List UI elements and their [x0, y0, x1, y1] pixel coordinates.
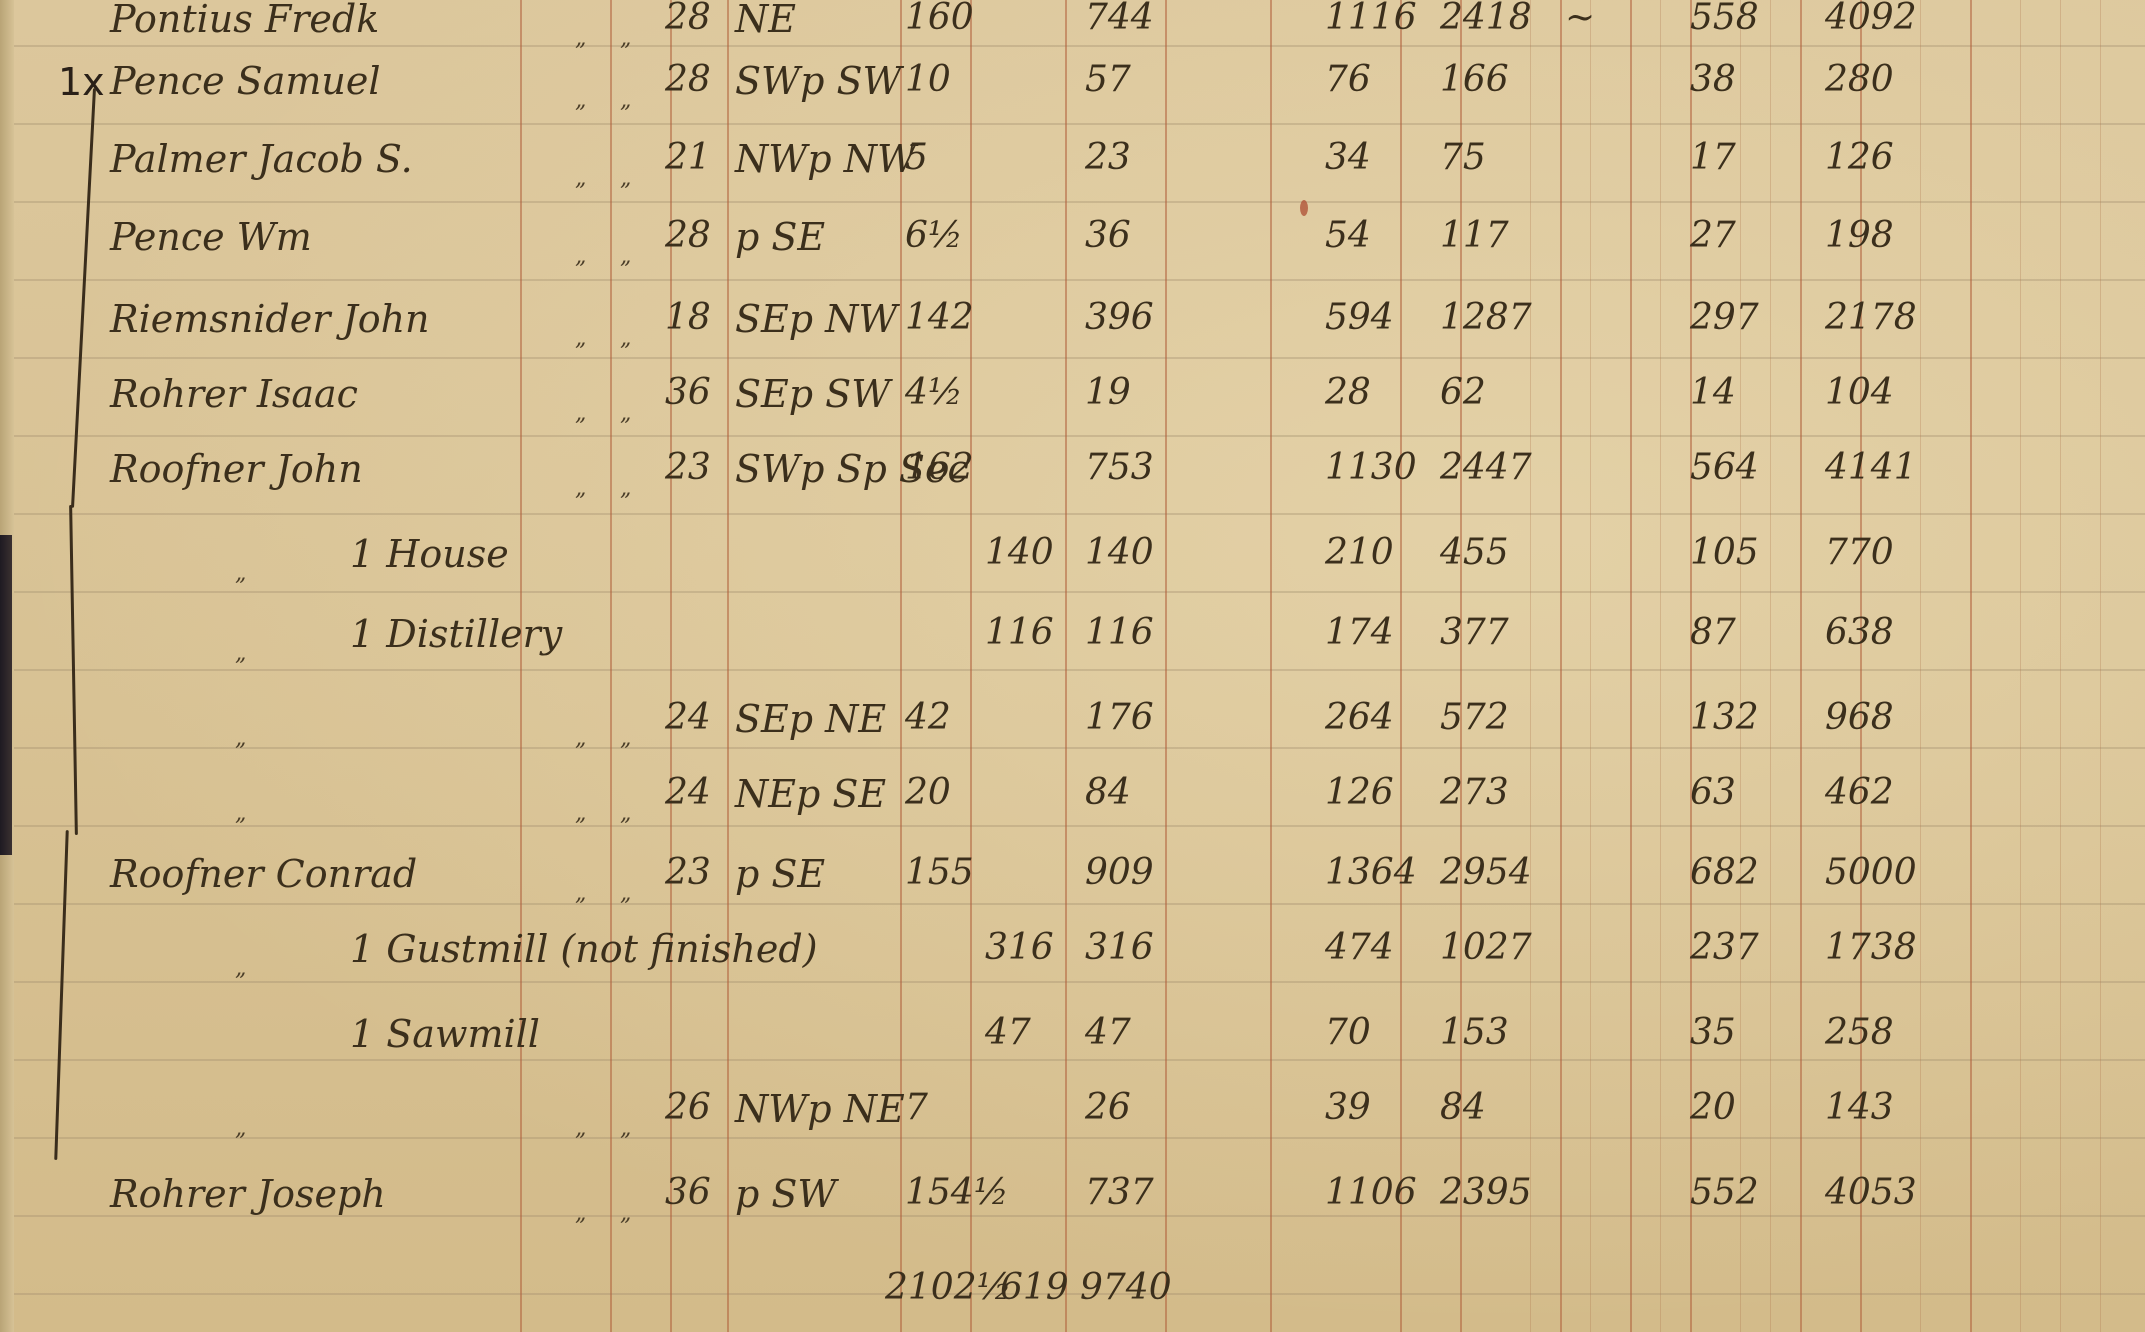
- ruled-line: [14, 591, 2145, 593]
- ruled-line: [14, 123, 2145, 125]
- tax-column-2: 166: [1440, 62, 1509, 98]
- tax-column-2: 572: [1440, 700, 1509, 736]
- tax-column-2: 62: [1440, 375, 1486, 411]
- ruled-line: [14, 747, 2145, 749]
- ditto-mark: „: [575, 90, 586, 112]
- tax-column-2: 2418: [1440, 0, 1532, 36]
- section-number: 28: [665, 218, 711, 254]
- column-rule: [2100, 0, 2101, 1332]
- taxpayer-name: Pence Samuel: [110, 62, 381, 100]
- assessed-value: 753: [1085, 450, 1154, 486]
- tax-column-5: 2178: [1825, 300, 1917, 336]
- tax-column-5: 770: [1825, 535, 1894, 571]
- ditto-mark: „: [575, 1203, 586, 1225]
- ditto-mark: „: [620, 478, 631, 500]
- ditto-mark: „: [575, 28, 586, 50]
- taxpayer-name: Roofner Conrad: [110, 855, 417, 893]
- tax-column-1: 39: [1325, 1090, 1371, 1126]
- tax-column-1: 264: [1325, 700, 1394, 736]
- tax-column-4: 297: [1690, 300, 1759, 336]
- taxpayer-name: Rohrer Joseph: [110, 1175, 386, 1213]
- acres-value: 5: [905, 140, 928, 176]
- assessed-value: 36: [1085, 218, 1131, 254]
- section-number: 36: [665, 375, 711, 411]
- column-rule: [1590, 0, 1591, 1332]
- ditto-mark: „: [620, 403, 631, 425]
- ditto-mark: „: [235, 643, 246, 665]
- ditto-mark: „: [620, 1118, 631, 1140]
- assessed-value: 140: [1085, 535, 1154, 571]
- column-rule: [670, 0, 672, 1332]
- land-part: p SW: [735, 1175, 837, 1213]
- tax-column-4: 20: [1690, 1090, 1736, 1126]
- land-part: p SE: [735, 855, 825, 893]
- tax-column-1: 174: [1325, 615, 1394, 651]
- assessed-value: 909: [1085, 855, 1154, 891]
- ditto-mark: „: [620, 803, 631, 825]
- binding-shadow: [0, 535, 12, 855]
- taxpayer-name: Riemsnider John: [110, 300, 430, 338]
- land-part: NWp NE: [735, 1090, 905, 1128]
- tax-column-5: 258: [1825, 1015, 1894, 1051]
- total-value: 9740: [1080, 1270, 1172, 1306]
- improvements-value: 140: [985, 535, 1054, 571]
- tax-column-4: 105: [1690, 535, 1759, 571]
- grouping-bracket: [54, 830, 69, 1160]
- acres-value: 42: [905, 700, 951, 736]
- assessed-value: 176: [1085, 700, 1154, 736]
- column-rule: [1400, 0, 1402, 1332]
- ditto-mark: „: [620, 1203, 631, 1225]
- taxpayer-name: Palmer Jacob S.: [110, 140, 413, 178]
- ditto-mark: „: [620, 246, 631, 268]
- ruled-line: [14, 1137, 2145, 1139]
- tax-column-5: 968: [1825, 700, 1894, 736]
- tax-column-5: 126: [1825, 140, 1894, 176]
- column-rule: [1165, 0, 1167, 1332]
- tax-column-4: 14: [1690, 375, 1736, 411]
- ruled-line: [14, 435, 2145, 437]
- tax-column-5: 4053: [1825, 1175, 1917, 1211]
- ditto-mark: „: [575, 403, 586, 425]
- acres-value: 7: [905, 1090, 928, 1126]
- acres-value: 4½: [905, 375, 963, 411]
- ditto-mark: „: [575, 803, 586, 825]
- ditto-mark: „: [235, 728, 246, 750]
- assessed-value: 737: [1085, 1175, 1154, 1211]
- improvements-value: 316: [985, 930, 1054, 966]
- acres-value: 142: [905, 300, 974, 336]
- tax-column-5: 1738: [1825, 930, 1917, 966]
- section-number: 24: [665, 700, 711, 736]
- section-number: 28: [665, 0, 711, 36]
- section-number: 36: [665, 1175, 711, 1211]
- ruled-line: [14, 669, 2145, 671]
- tax-column-1: 76: [1325, 62, 1371, 98]
- column-rule: [1530, 0, 1531, 1332]
- ink-stain: [1300, 200, 1308, 216]
- section-number: 23: [665, 450, 711, 486]
- column-rule: [1560, 0, 1562, 1332]
- ditto-mark: „: [235, 1118, 246, 1140]
- column-rule: [727, 0, 729, 1332]
- acres-value: 162: [905, 450, 974, 486]
- ruled-line: [14, 1059, 2145, 1061]
- section-number: 28: [665, 62, 711, 98]
- tax-column-5: 462: [1825, 775, 1894, 811]
- section-number: 26: [665, 1090, 711, 1126]
- acres-value: 10: [905, 62, 951, 98]
- ruled-line: [14, 357, 2145, 359]
- column-rule: [970, 0, 972, 1332]
- section-number: 21: [665, 140, 711, 176]
- ruled-line: [14, 279, 2145, 281]
- assessed-value: 57: [1085, 62, 1131, 98]
- column-rule: [1740, 0, 1741, 1332]
- acres-value: 155: [905, 855, 974, 891]
- acres-value: 160: [905, 0, 974, 36]
- tax-column-5: 4092: [1825, 0, 1917, 36]
- tax-column-2: 1287: [1440, 300, 1532, 336]
- tax-column-5: 104: [1825, 375, 1894, 411]
- ditto-mark: „: [620, 28, 631, 50]
- improvements-value: 47: [985, 1015, 1031, 1051]
- total-acres: 2102½: [885, 1270, 1012, 1306]
- ledger-page: 1x Pontius Fredk„„28NE16074411162418~558…: [0, 0, 2145, 1332]
- tax-column-1: 1106: [1325, 1175, 1417, 1211]
- tax-column-4: 558: [1690, 0, 1759, 36]
- acres-value: 154½: [905, 1175, 1009, 1211]
- tax-column-2: 117: [1440, 218, 1509, 254]
- column-rule: [1970, 0, 1972, 1332]
- tax-column-5: 5000: [1825, 855, 1917, 891]
- tax-column-2: 75: [1440, 140, 1486, 176]
- tax-column-4: 63: [1690, 775, 1736, 811]
- tax-column-2: 1027: [1440, 930, 1532, 966]
- tax-column-5: 143: [1825, 1090, 1894, 1126]
- tax-column-3: ~: [1565, 0, 1595, 36]
- column-rule: [1460, 0, 1462, 1332]
- ditto-mark: „: [575, 246, 586, 268]
- tax-column-2: 84: [1440, 1090, 1486, 1126]
- tax-column-1: 1130: [1325, 450, 1417, 486]
- tax-column-1: 28: [1325, 375, 1371, 411]
- column-rule: [1860, 0, 1862, 1332]
- assessed-value: 19: [1085, 375, 1131, 411]
- tax-column-5: 4141: [1825, 450, 1917, 486]
- assessed-value: 116: [1085, 615, 1154, 651]
- tax-column-2: 455: [1440, 535, 1509, 571]
- ruled-line: [14, 825, 2145, 827]
- total-improvements: 619: [1000, 1270, 1069, 1306]
- tax-column-2: 153: [1440, 1015, 1509, 1051]
- tax-column-1: 70: [1325, 1015, 1371, 1051]
- tax-column-2: 2395: [1440, 1175, 1532, 1211]
- tax-column-5: 280: [1825, 62, 1894, 98]
- ditto-mark: „: [575, 328, 586, 350]
- column-rule: [520, 0, 522, 1332]
- ditto-mark: „: [575, 883, 586, 905]
- column-rule: [1270, 0, 1272, 1332]
- ditto-mark: „: [620, 328, 631, 350]
- tax-column-4: 17: [1690, 140, 1736, 176]
- grouping-bracket: [71, 88, 96, 508]
- column-rule: [1660, 0, 1661, 1332]
- column-rule: [610, 0, 612, 1332]
- taxpayer-name: Rohrer Isaac: [110, 375, 358, 413]
- ditto-mark: „: [620, 168, 631, 190]
- tax-column-4: 27: [1690, 218, 1736, 254]
- ditto-mark: „: [575, 168, 586, 190]
- tax-column-1: 594: [1325, 300, 1394, 336]
- tax-column-2: 2954: [1440, 855, 1532, 891]
- land-part: NEp SE: [735, 775, 886, 813]
- column-rule: [1800, 0, 1802, 1332]
- land-part: SWp SW: [735, 62, 902, 100]
- tax-column-1: 210: [1325, 535, 1394, 571]
- tax-column-2: 273: [1440, 775, 1509, 811]
- taxpayer-name: 1 House: [350, 535, 509, 573]
- tax-column-4: 552: [1690, 1175, 1759, 1211]
- ditto-mark: „: [620, 883, 631, 905]
- tax-column-1: 474: [1325, 930, 1394, 966]
- taxpayer-name: 1 Gustmill (not finished): [350, 930, 818, 968]
- section-number: 23: [665, 855, 711, 891]
- tax-column-4: 87: [1690, 615, 1736, 651]
- column-rule: [2060, 0, 2061, 1332]
- tax-column-1: 126: [1325, 775, 1394, 811]
- tax-column-1: 34: [1325, 140, 1371, 176]
- column-rule: [1065, 0, 1067, 1332]
- assessed-value: 316: [1085, 930, 1154, 966]
- ditto-mark: „: [620, 728, 631, 750]
- tax-column-2: 377: [1440, 615, 1509, 651]
- assessed-value: 744: [1085, 0, 1154, 36]
- margin-mark: 1x: [58, 60, 105, 104]
- ditto-mark: „: [235, 563, 246, 585]
- ruled-line: [14, 981, 2145, 983]
- tax-column-5: 638: [1825, 615, 1894, 651]
- column-rule: [1630, 0, 1632, 1332]
- taxpayer-name: Pontius Fredk: [110, 0, 379, 38]
- ruled-line: [14, 903, 2145, 905]
- improvements-value: 116: [985, 615, 1054, 651]
- column-rule: [2020, 0, 2021, 1332]
- assessed-value: 26: [1085, 1090, 1131, 1126]
- section-number: 24: [665, 775, 711, 811]
- assessed-value: 396: [1085, 300, 1154, 336]
- land-part: NWp NW: [735, 140, 916, 178]
- tax-column-2: 2447: [1440, 450, 1532, 486]
- tax-column-4: 132: [1690, 700, 1759, 736]
- column-rule: [1770, 0, 1771, 1332]
- ditto-mark: „: [575, 728, 586, 750]
- ruled-line: [14, 513, 2145, 515]
- taxpayer-name: Roofner John: [110, 450, 363, 488]
- acres-value: 20: [905, 775, 951, 811]
- land-part: SEp NW: [735, 300, 897, 338]
- tax-column-4: 35: [1690, 1015, 1736, 1051]
- acres-value: 6½: [905, 218, 963, 254]
- section-number: 18: [665, 300, 711, 336]
- ditto-mark: „: [575, 478, 586, 500]
- taxpayer-name: Pence Wm: [110, 218, 312, 256]
- tax-column-4: 38: [1690, 62, 1736, 98]
- ditto-mark: „: [235, 958, 246, 980]
- land-part: SEp NE: [735, 700, 886, 738]
- land-part: SEp SW: [735, 375, 890, 413]
- tax-column-4: 682: [1690, 855, 1759, 891]
- tax-column-1: 1364: [1325, 855, 1417, 891]
- taxpayer-name: 1 Distillery: [350, 615, 562, 653]
- tax-column-5: 198: [1825, 218, 1894, 254]
- ditto-mark: „: [235, 803, 246, 825]
- land-part: NE: [735, 0, 796, 38]
- tax-column-4: 237: [1690, 930, 1759, 966]
- column-rule: [1690, 0, 1692, 1332]
- land-part: p SE: [735, 218, 825, 256]
- ditto-mark: „: [620, 90, 631, 112]
- tax-column-1: 1116: [1325, 0, 1417, 36]
- tax-column-1: 54: [1325, 218, 1371, 254]
- assessed-value: 84: [1085, 775, 1131, 811]
- tax-column-4: 564: [1690, 450, 1759, 486]
- ditto-mark: „: [575, 1118, 586, 1140]
- ruled-line: [14, 201, 2145, 203]
- column-rule: [1920, 0, 1921, 1332]
- assessed-value: 47: [1085, 1015, 1131, 1051]
- assessed-value: 23: [1085, 140, 1131, 176]
- ruled-line: [14, 45, 2145, 47]
- taxpayer-name: 1 Sawmill: [350, 1015, 540, 1053]
- column-rule: [900, 0, 902, 1332]
